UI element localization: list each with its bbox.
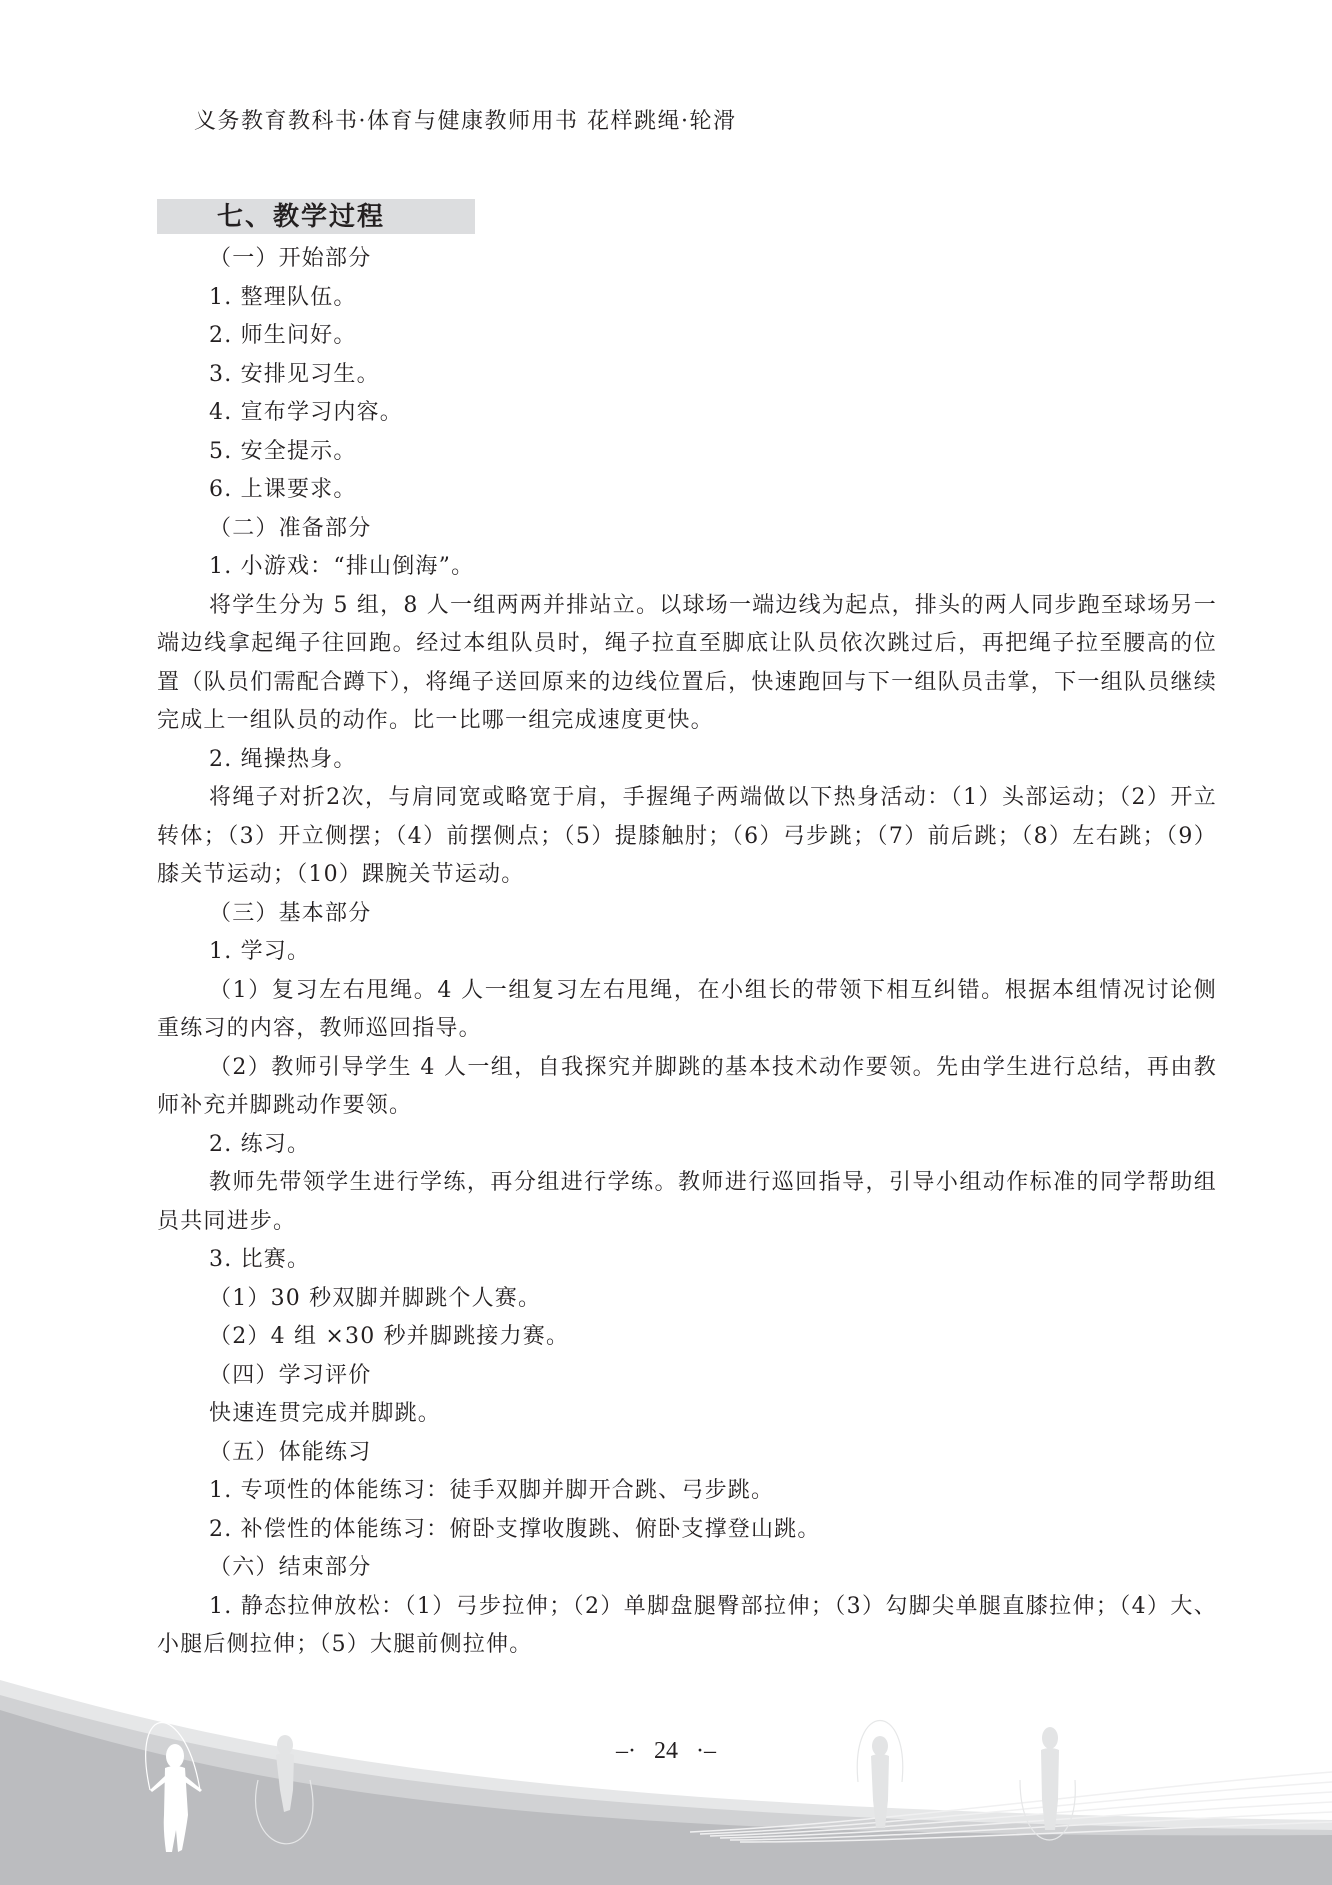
- section-title: 七、教学过程: [217, 201, 385, 233]
- subsection-heading: （一）开始部分: [157, 240, 1217, 279]
- list-item: （2）4 组 ×30 秒并脚跳接力赛。: [157, 1318, 1217, 1357]
- list-item: 4. 宣布学习内容。: [157, 394, 1217, 433]
- list-item: 3. 安排见习生。: [157, 356, 1217, 395]
- subsection-heading: （五）体能练习: [157, 1434, 1217, 1473]
- list-item: 1. 专项性的体能练习：徒手双脚并脚开合跳、弓步跳。: [157, 1472, 1217, 1511]
- list-item: 5. 安全提示。: [157, 433, 1217, 472]
- list-item: 1. 整理队伍。: [157, 279, 1217, 318]
- subsection-heading: （六）结束部分: [157, 1549, 1217, 1588]
- list-item: （1）30 秒双脚并脚跳个人赛。: [157, 1280, 1217, 1319]
- list-item: 2. 补偿性的体能练习：俯卧支撑收腹跳、俯卧支撑登山跳。: [157, 1511, 1217, 1550]
- page-number: –· 24 ·–: [0, 1738, 1332, 1765]
- paragraph: （2）教师引导学生 4 人一组，自我探究并脚跳的基本技术动作要领。先由学生进行总…: [157, 1049, 1217, 1126]
- footer-decoration: [0, 1660, 1332, 1885]
- paragraph: （1）复习左右甩绳。4 人一组复习左右甩绳，在小组长的带领下相互纠错。根据本组情…: [157, 972, 1217, 1049]
- paragraph: 将绳子对折2次，与肩同宽或略宽于肩，手握绳子两端做以下热身活动：（1）头部运动；…: [157, 779, 1217, 895]
- list-item: 3. 比赛。: [157, 1241, 1217, 1280]
- list-item: 2. 绳操热身。: [157, 741, 1217, 780]
- paragraph: 快速连贯完成并脚跳。: [157, 1395, 1217, 1434]
- subsection-heading: （四）学习评价: [157, 1357, 1217, 1396]
- subsection-heading: （二）准备部分: [157, 510, 1217, 549]
- list-item: 6. 上课要求。: [157, 471, 1217, 510]
- list-item: 1. 学习。: [157, 933, 1217, 972]
- list-item: 2. 练习。: [157, 1126, 1217, 1165]
- running-header: 义务教育教科书·体育与健康教师用书 花样跳绳·轮滑: [194, 104, 736, 135]
- list-item: 1. 小游戏：“排山倒海”。: [157, 548, 1217, 587]
- paragraph: 教师先带领学生进行学练，再分组进行学练。教师进行巡回指导，引导小组动作标准的同学…: [157, 1164, 1217, 1241]
- list-item: 2. 师生问好。: [157, 317, 1217, 356]
- body-content: （一）开始部分 1. 整理队伍。 2. 师生问好。 3. 安排见习生。 4. 宣…: [157, 240, 1217, 1665]
- section-heading-bar: 七、教学过程: [157, 199, 475, 234]
- subsection-heading: （三）基本部分: [157, 895, 1217, 934]
- paragraph: 1. 静态拉伸放松：（1）弓步拉伸；（2）单脚盘腿臀部拉伸；（3）勾脚尖单腿直膝…: [157, 1588, 1217, 1665]
- paragraph: 将学生分为 5 组，8 人一组两两并排站立。以球场一端边线为起点，排头的两人同步…: [157, 587, 1217, 741]
